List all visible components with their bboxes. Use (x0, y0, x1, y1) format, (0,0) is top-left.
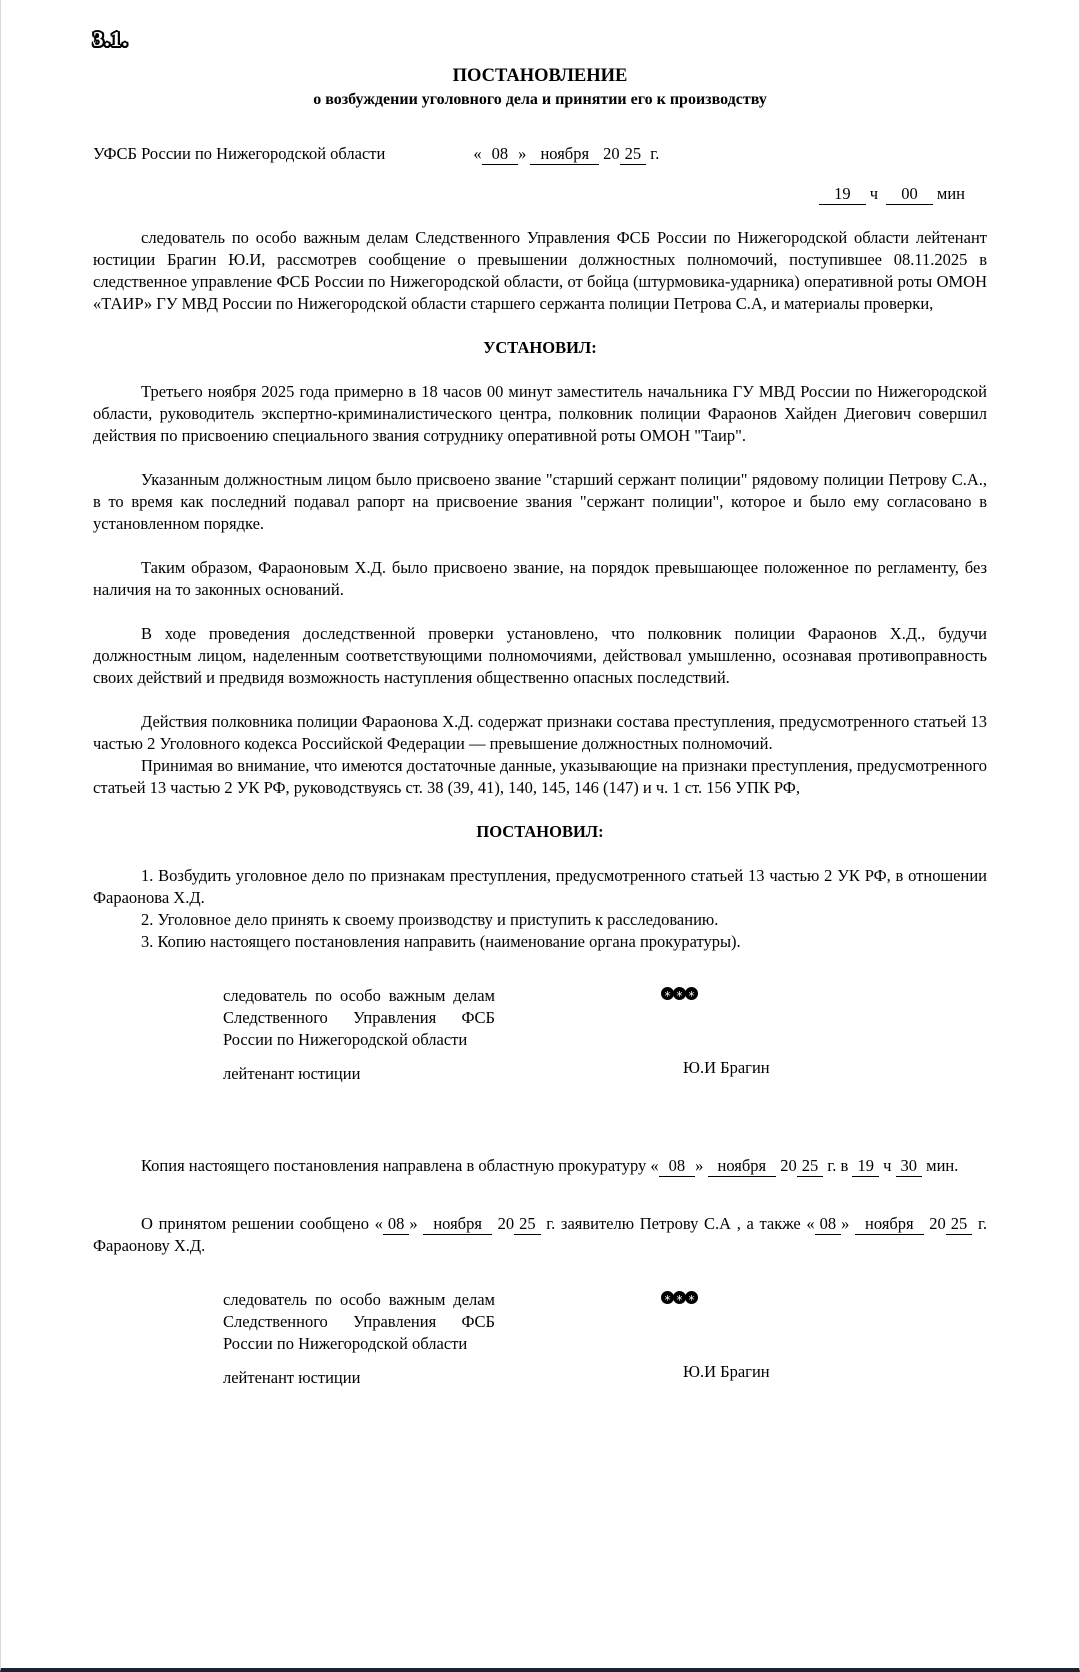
year-prefix: 20 (929, 1214, 946, 1233)
minutes-label: мин. (926, 1156, 958, 1175)
minutes-label: мин (937, 184, 965, 203)
document-page: 3.1. ПОСТАНОВЛЕНИЕ о возбуждении уголовн… (0, 0, 1080, 1672)
signer-rank: лейтенант юстиции (223, 1367, 987, 1389)
body-paragraph: Указанным должностным лицом было присвое… (93, 469, 987, 535)
open-quote: « (473, 144, 481, 163)
signer-rank: лейтенант юстиции (223, 1063, 987, 1085)
notify-mid-text: г. заявителю Петрову С.А , а также (546, 1214, 801, 1233)
signature-stamp-icon: *** (661, 1290, 697, 1312)
year-prefix: 20 (780, 1156, 797, 1175)
copy-date-year: 25 (797, 1156, 824, 1177)
issue-date: «08» ноября 2025 г. (473, 143, 659, 165)
asterisk-icon: * (685, 987, 698, 1000)
notify-text: О принятом решении сообщено (141, 1214, 369, 1233)
issue-time-hours: 19 (819, 184, 866, 205)
notify-date2-month: ноября (855, 1214, 924, 1235)
body-paragraph: Действия полковника полиции Фараонова Х.… (93, 711, 987, 755)
close-quote: » (695, 1156, 703, 1175)
issue-date-year: 25 (620, 144, 647, 165)
section-marker: 3.1. (93, 28, 987, 50)
year-suffix: г. (650, 144, 659, 163)
signer-position: следователь по особо важным делам Следст… (223, 1289, 495, 1355)
copy-time-hours: 19 (852, 1156, 879, 1177)
signer-name: Ю.И Брагин (683, 1361, 770, 1383)
copy-sent-line: Копия настоящего постановления направлен… (93, 1155, 987, 1177)
issue-date-day: 08 (482, 144, 519, 165)
resolution-item: 1. Возбудить уголовное дело по признакам… (93, 865, 987, 909)
notify-date1-day: 08 (383, 1214, 410, 1235)
copy-mid-text: г. в (827, 1156, 848, 1175)
close-quote: » (409, 1214, 417, 1233)
document-subtitle: о возбуждении уголовного дела и принятии… (93, 89, 987, 111)
open-quote: « (375, 1214, 383, 1233)
resolution-item: 2. Уголовное дело принять к своему произ… (93, 909, 987, 931)
body-paragraph: В ходе проведения доследственной проверк… (93, 623, 987, 689)
issue-time: 19 ч 00 мин (93, 183, 987, 205)
asterisk-icon: * (685, 1291, 698, 1304)
resolution-list: 1. Возбудить уголовное дело по признакам… (93, 865, 987, 953)
signature-stamp-icon: *** (661, 986, 697, 1008)
issue-time-minutes: 00 (886, 184, 933, 205)
signature-block: следователь по особо важным делам Следст… (223, 1289, 987, 1423)
issuing-org: УФСБ России по Нижегородской области (93, 143, 385, 165)
signer-name: Ю.И Брагин (683, 1057, 770, 1079)
body-paragraph: Третьего ноября 2025 года примерно в 18 … (93, 381, 987, 447)
notify-date1-month: ноября (423, 1214, 492, 1235)
hours-label: ч (870, 184, 878, 203)
document-title: ПОСТАНОВЛЕНИЕ (93, 64, 987, 88)
open-quote: « (650, 1156, 658, 1175)
postanovil-heading: ПОСТАНОВИЛ: (93, 821, 987, 843)
close-quote: » (841, 1214, 849, 1233)
signature-block: следователь по особо важным делам Следст… (223, 985, 987, 1119)
body-paragraph: Таким образом, Фараоновым Х.Д. было прис… (93, 557, 987, 601)
copy-time-minutes: 30 (896, 1156, 923, 1177)
copy-date-month: ноября (708, 1156, 777, 1177)
intro-paragraph: следователь по особо важным делам Следст… (93, 227, 987, 315)
copy-date-day: 08 (659, 1156, 696, 1177)
open-quote: « (806, 1214, 814, 1233)
hours-label: ч (883, 1156, 891, 1175)
body-paragraph: Принимая во внимание, что имеются достат… (93, 755, 987, 799)
notification-line: О принятом решении сообщено «08» ноября … (93, 1213, 987, 1257)
close-quote: » (518, 144, 526, 163)
year-prefix: 20 (498, 1214, 515, 1233)
resolution-item: 3. Копию настоящего постановления направ… (93, 931, 987, 953)
org-date-row: УФСБ России по Нижегородской области «08… (93, 143, 987, 165)
year-prefix: 20 (603, 144, 620, 163)
notify-date1-year: 25 (514, 1214, 541, 1235)
notify-date2-year: 25 (946, 1214, 973, 1235)
ustanovil-heading: УСТАНОВИЛ: (93, 337, 987, 359)
signer-position: следователь по особо важным делам Следст… (223, 985, 495, 1051)
issue-date-month: ноября (530, 144, 599, 165)
copy-sent-text: Копия настоящего постановления направлен… (141, 1156, 646, 1175)
notify-date2-day: 08 (815, 1214, 842, 1235)
